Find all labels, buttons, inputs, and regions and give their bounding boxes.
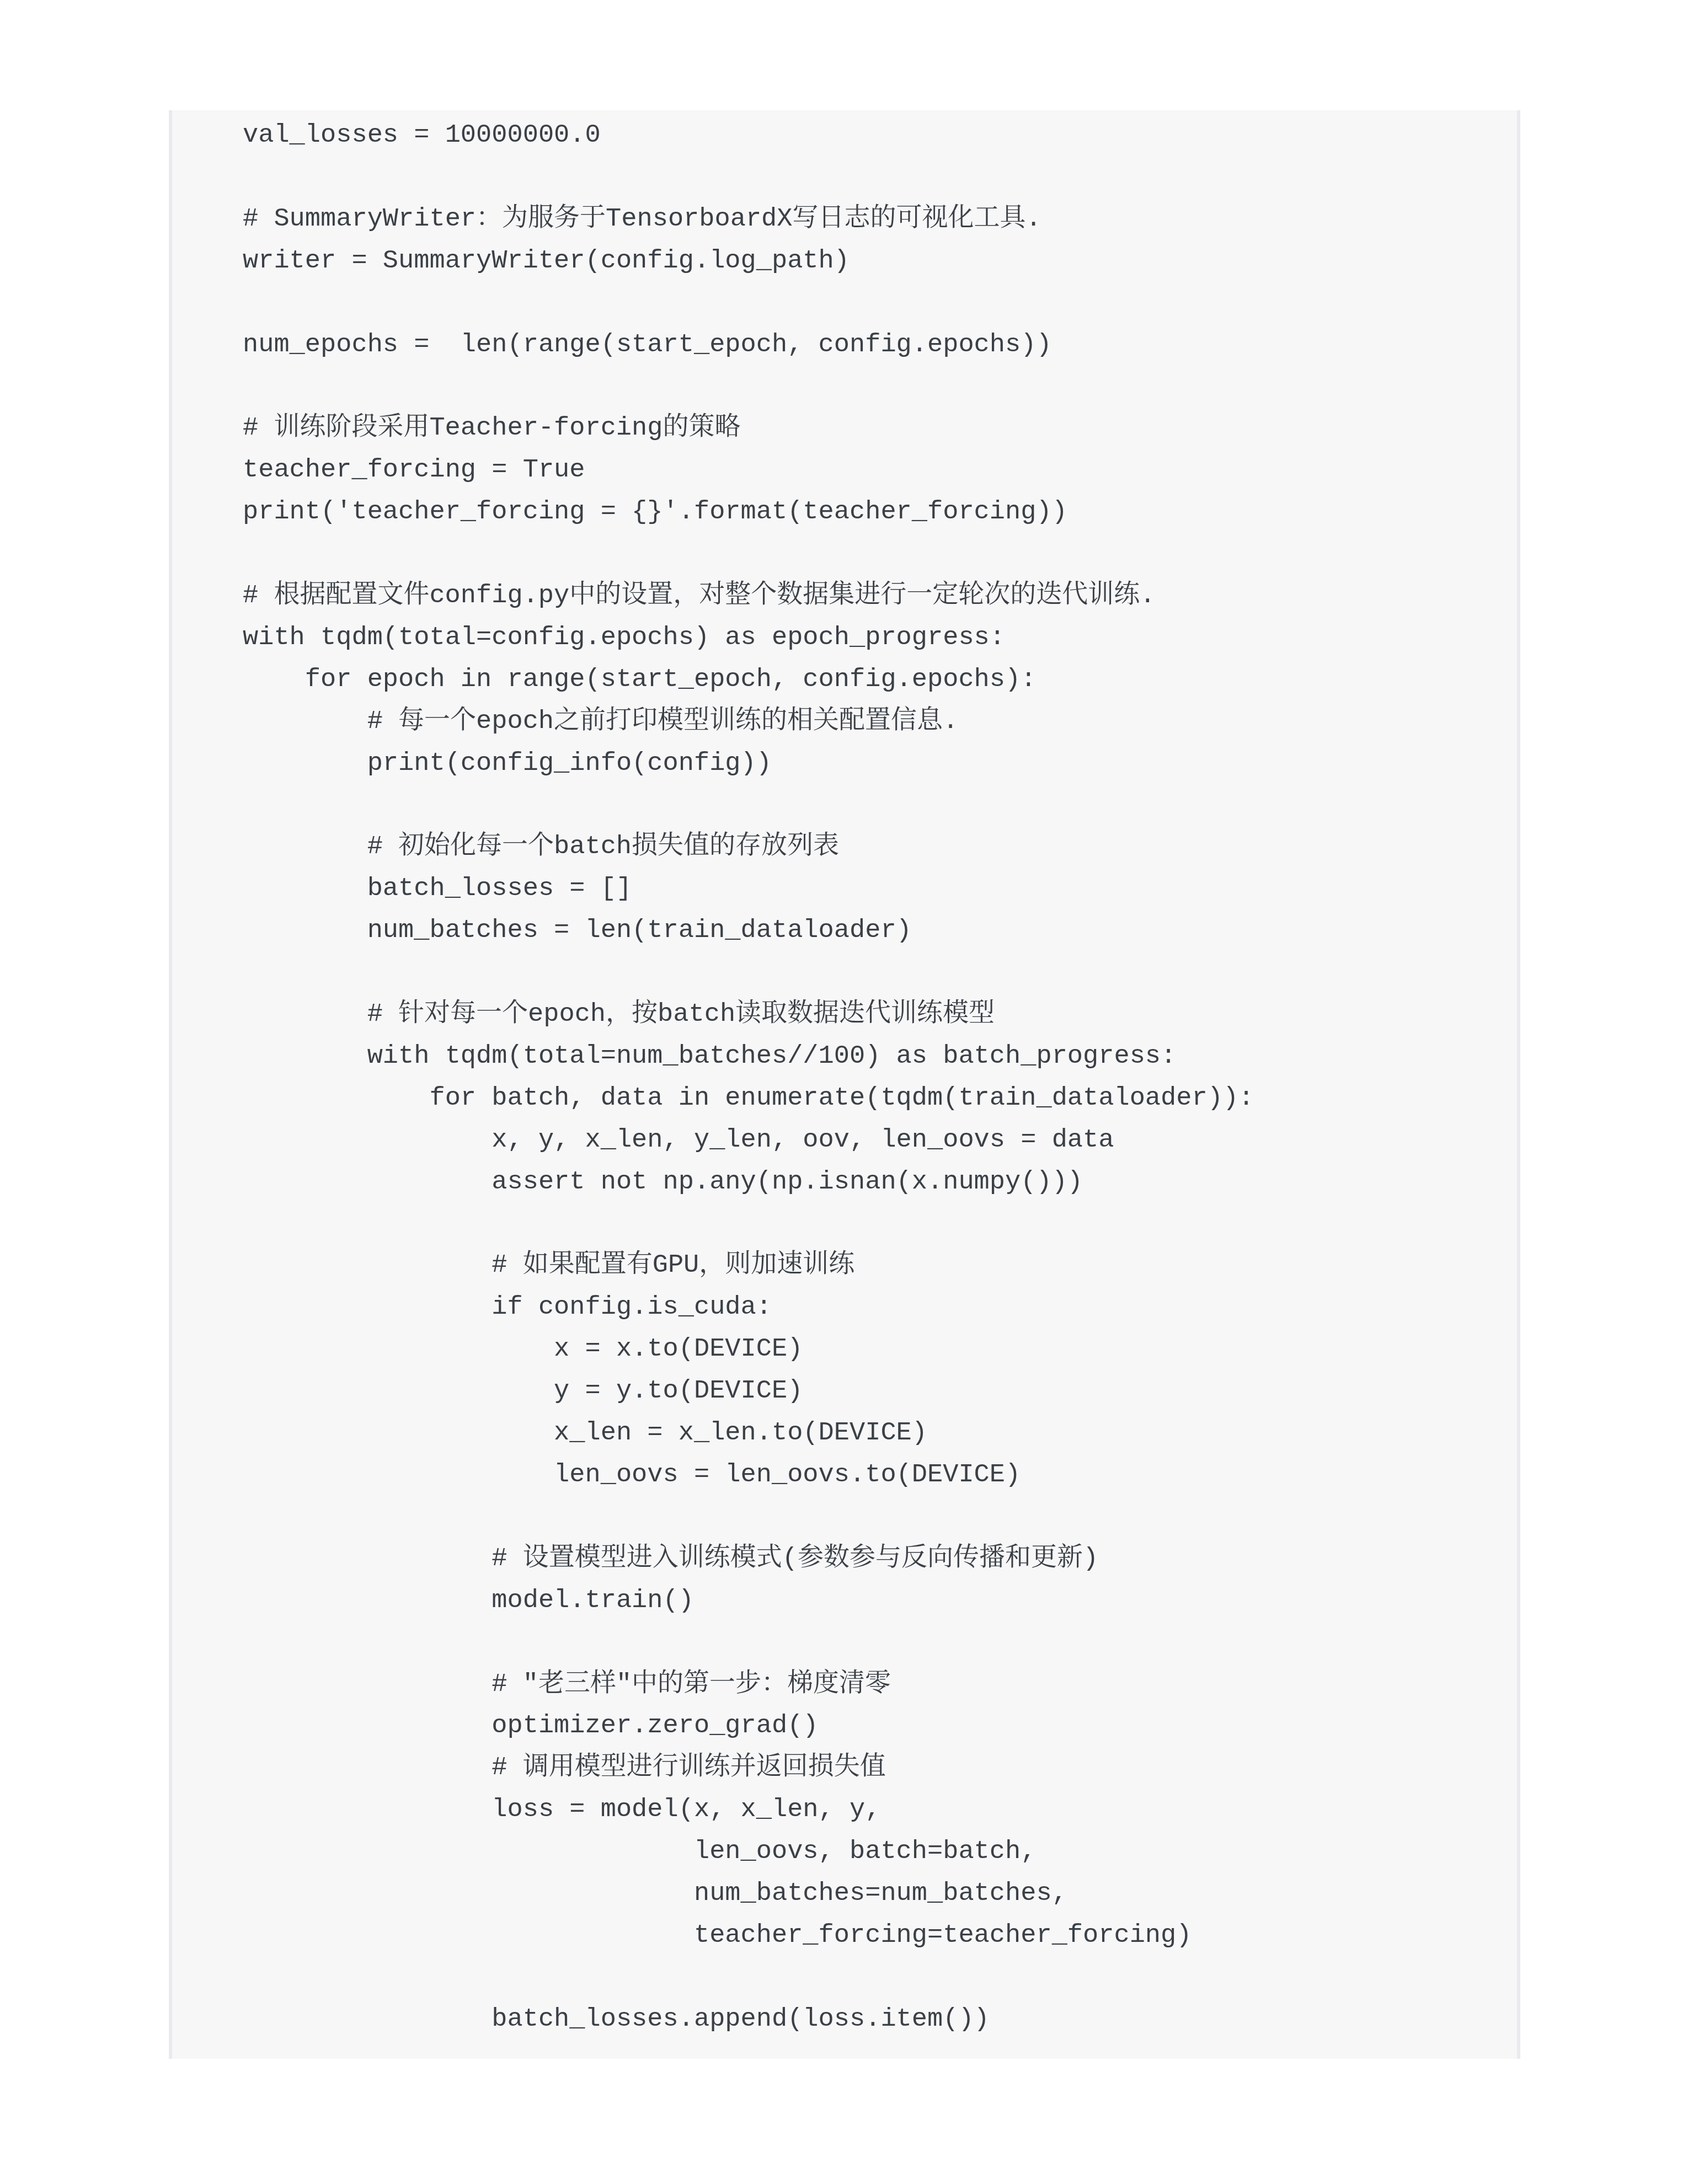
- code-block: val_losses = 10000000.0 # SummaryWriter：…: [172, 110, 1517, 2041]
- document-page: val_losses = 10000000.0 # SummaryWriter：…: [0, 0, 1688, 2184]
- code-block-container: val_losses = 10000000.0 # SummaryWriter：…: [169, 110, 1520, 2059]
